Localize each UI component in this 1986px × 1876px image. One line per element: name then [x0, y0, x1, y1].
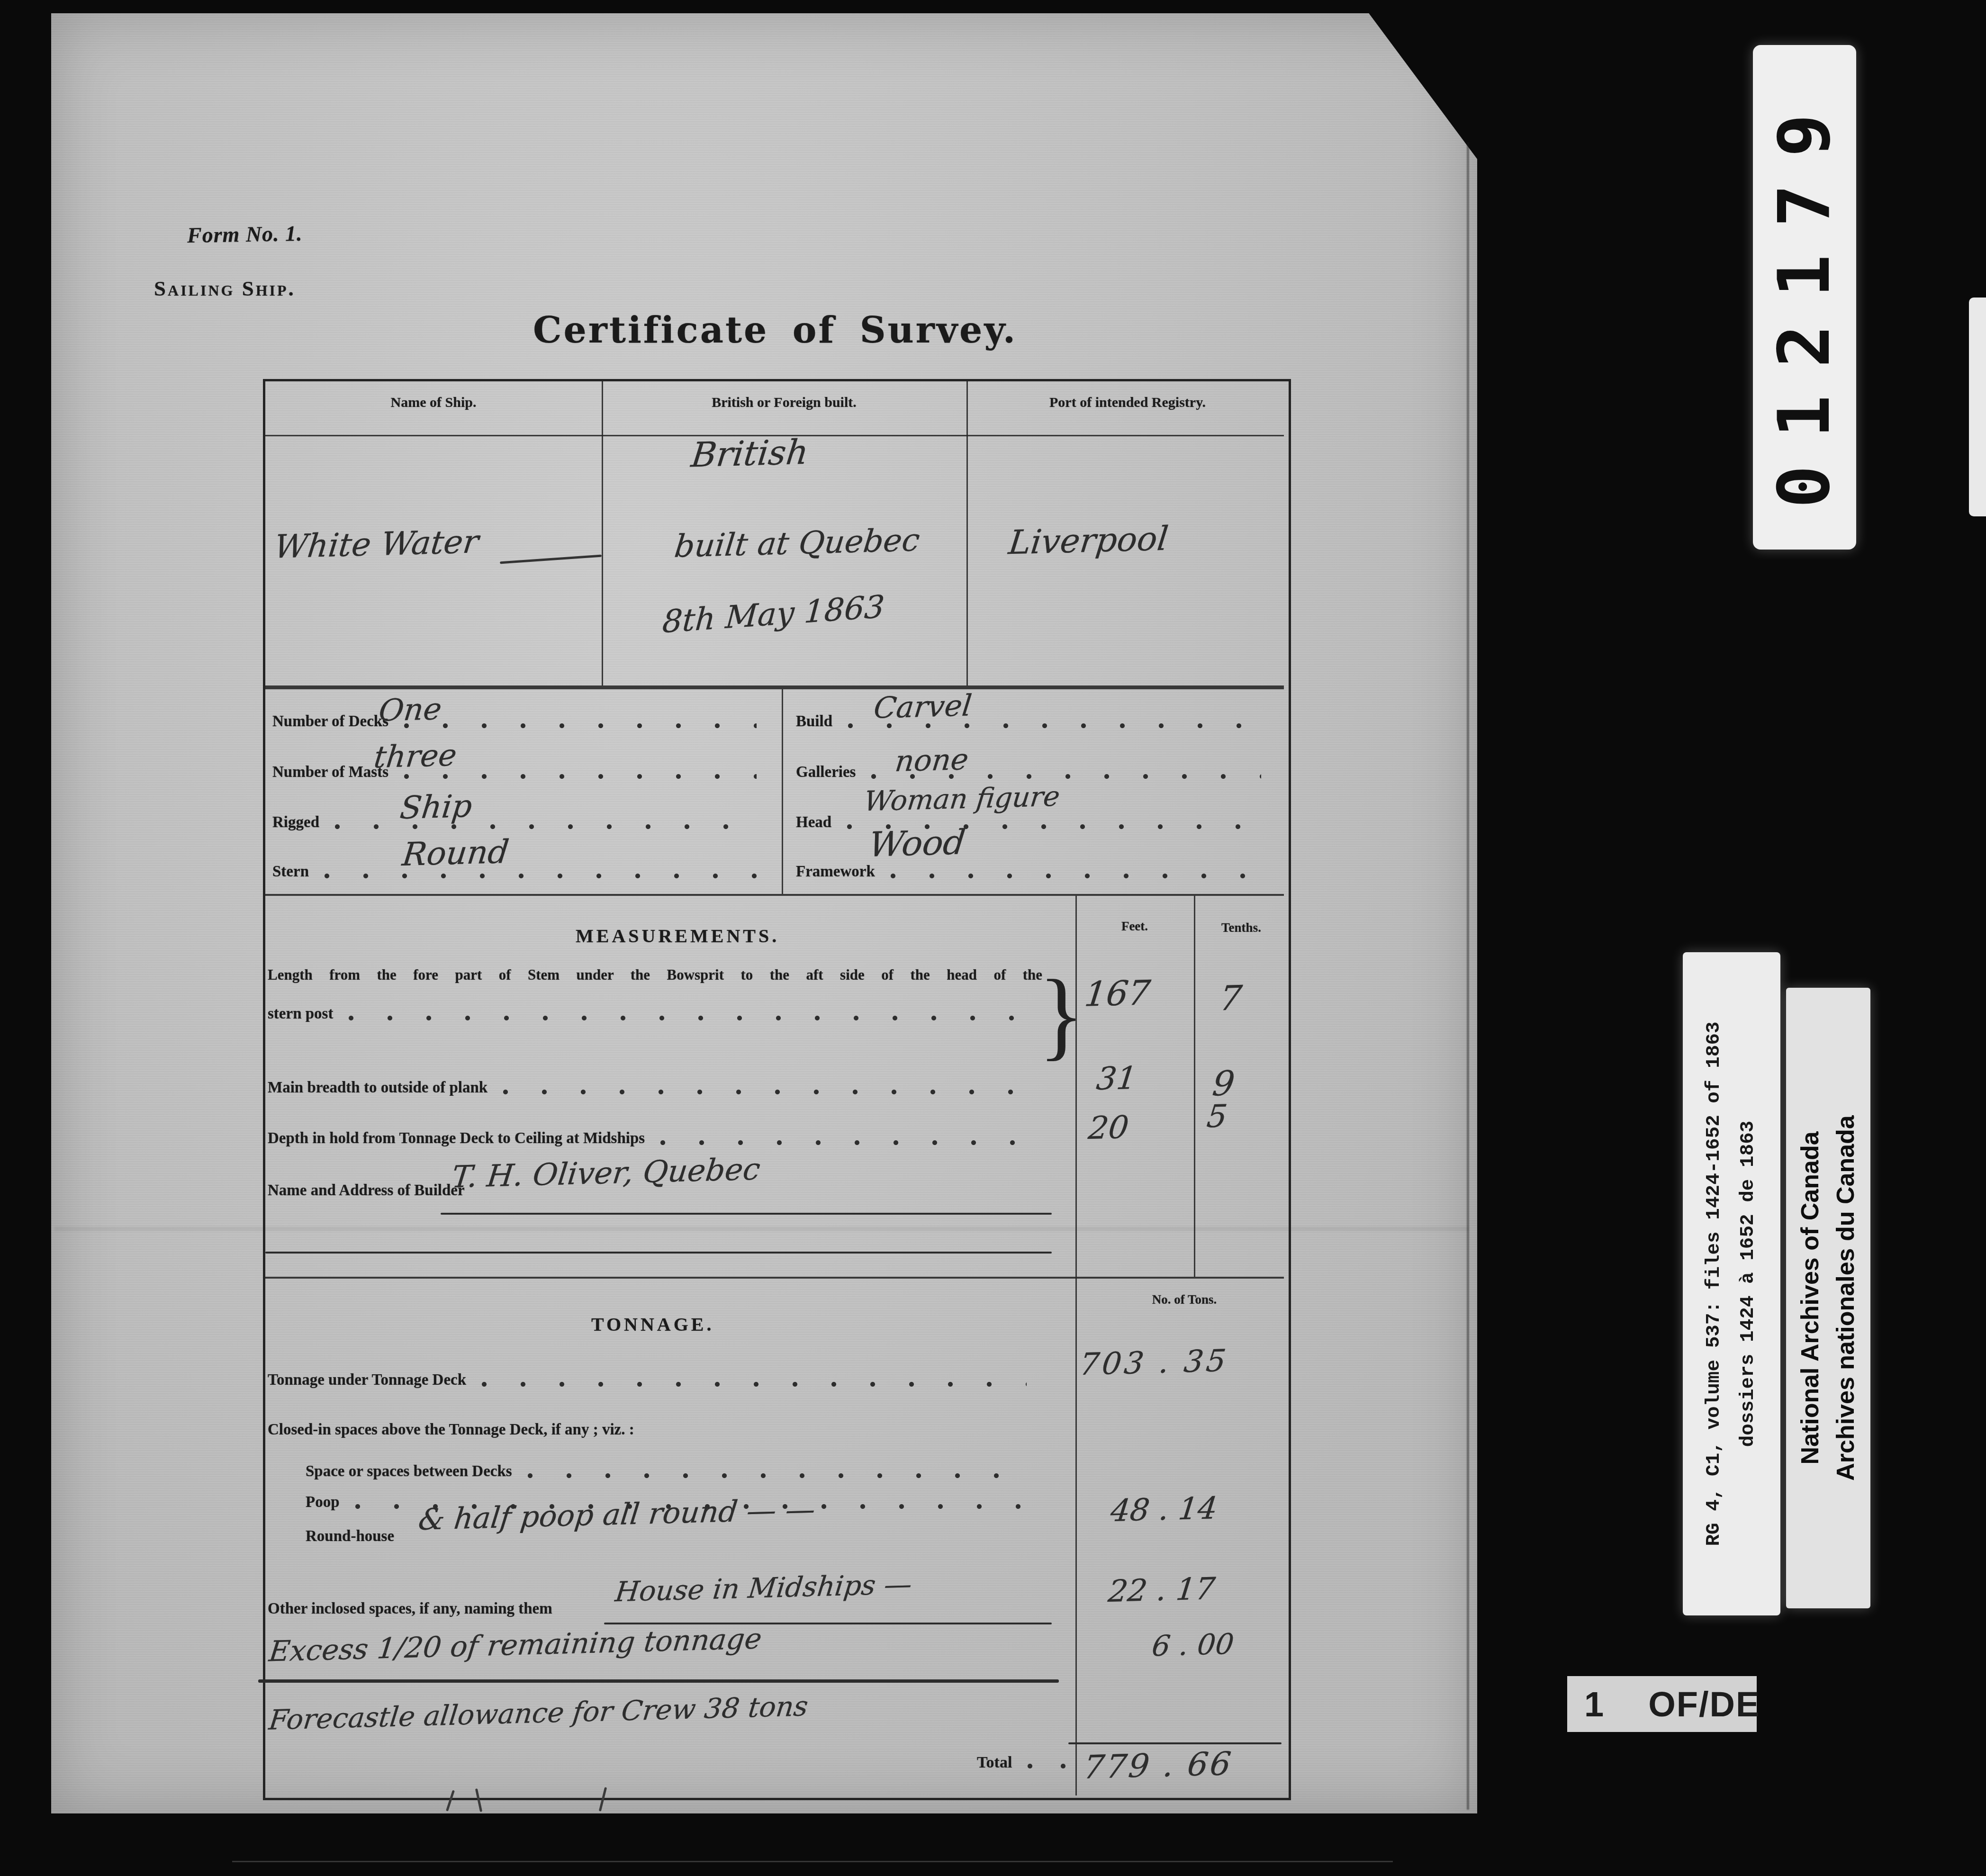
dotted-leader: [890, 873, 1261, 879]
value-length-tenths: 7: [1218, 978, 1244, 1018]
field-label: Number of Decks: [272, 713, 388, 731]
dotted-leader: [348, 1015, 1027, 1021]
microfilm-frame: Form No. 1. Sailing Ship. Certificate of…: [0, 0, 1986, 1876]
blank-rule: [265, 1252, 1052, 1254]
value-stern: Round: [400, 833, 511, 874]
col-header-port: Port of intended Registry.: [966, 395, 1289, 411]
col-header-built: British or Foreign built.: [602, 395, 966, 411]
entry-port-of-registry: Liverpool: [1007, 519, 1170, 562]
dotted-leader: [1027, 1763, 1079, 1769]
value-rigged: Ship: [398, 788, 474, 826]
measure-depth: Depth in hold from Tonnage Deck to Ceili…: [268, 1130, 1040, 1147]
table-line: [782, 689, 783, 894]
round-house-label: Round-house: [306, 1528, 394, 1545]
value-length-feet: 167: [1083, 973, 1152, 1014]
form-type: Sailing Ship.: [154, 276, 296, 301]
field-build: Build: [796, 713, 1274, 731]
value-other-spaces: 22 . 17: [1106, 1571, 1217, 1609]
tonnage-under-deck: Tonnage under Tonnage Deck: [268, 1371, 1040, 1389]
reference-line-fr: dossiers 1424 à 1652 de 1863: [1732, 1121, 1766, 1447]
field-label: Build: [796, 713, 832, 731]
dotted-leader: [660, 1140, 1027, 1145]
brace-glyph: }: [1038, 958, 1084, 1072]
entry-ship-name: White Water: [272, 523, 481, 566]
total-rule: [1068, 1742, 1282, 1744]
table-line: [265, 685, 1284, 689]
archives-name-fr: Archives nationales du Canada: [1828, 1115, 1864, 1481]
reference-line-en: RG 4, C1, volume 537: files 1424-1652 of…: [1697, 1021, 1732, 1546]
field-label: Framework: [796, 863, 875, 881]
value-build: Carvel: [872, 688, 974, 725]
dotted-leader: [527, 1473, 1027, 1479]
value-round-house: 48 . 14: [1109, 1491, 1219, 1529]
col-header-tons: No. of Tons.: [1085, 1292, 1284, 1307]
value-head: Woman figure: [862, 780, 1061, 818]
field-label: Poop: [306, 1494, 340, 1511]
value-total: 779 . 66: [1082, 1745, 1235, 1786]
scan-artifact-line: [232, 1861, 1393, 1862]
archive-reference: RG 4, C1, volume 537: files 1424-1652 of…: [1683, 952, 1780, 1615]
table-line: [265, 894, 1284, 896]
field-label: Rigged: [272, 814, 319, 831]
archives-name-en: National Archives of Canada: [1793, 1131, 1828, 1464]
field-number-of-decks: Number of Decks: [272, 713, 770, 731]
other-spaces-label: Other inclosed spaces, if any, naming th…: [268, 1600, 552, 1618]
value-framework: Wood: [867, 822, 967, 864]
dotted-leader: [324, 873, 757, 879]
value-depth-feet: 20: [1086, 1109, 1130, 1146]
closed-in-label: Closed-in spaces above the Tonnage Deck,…: [268, 1421, 634, 1439]
field-label: Head: [796, 814, 831, 831]
field-label: Tonnage under Tonnage Deck: [268, 1371, 466, 1389]
field-label: Main breadth to outside of plank: [268, 1079, 487, 1097]
dotted-leader: [503, 1089, 1027, 1095]
table-line: [966, 381, 968, 685]
archives-brand: National Archives of Canada Archives nat…: [1786, 988, 1870, 1608]
film-number-digits: 012179: [1763, 87, 1846, 508]
film-number: 012179: [1753, 45, 1856, 550]
field-label: Stern: [272, 863, 309, 881]
builder-label: Name and Address of Builder: [268, 1182, 465, 1200]
field-stern: Stern: [272, 863, 770, 881]
entry-built-place: built at Quebec: [673, 522, 922, 564]
page-title: Certificate of Survey.: [533, 309, 1017, 351]
dotted-leader: [404, 723, 757, 729]
table-line: [1194, 896, 1195, 1277]
field-rigged: Rigged: [272, 814, 770, 831]
field-galleries: Galleries: [796, 764, 1274, 781]
value-breadth-feet: 31: [1094, 1060, 1138, 1097]
excess-rule: [258, 1679, 1059, 1683]
page-of-de: OF/DE: [1648, 1684, 1760, 1724]
value-decks: One: [377, 692, 443, 728]
field-label: stern post: [268, 1005, 333, 1023]
tonnage-title: TONNAGE.: [591, 1313, 714, 1335]
field-label: Depth in hold from Tonnage Deck to Ceili…: [268, 1130, 645, 1147]
total-label: Total: [977, 1754, 1012, 1772]
dotted-leader: [404, 774, 757, 779]
page-count-label: 1 OF/DE: [1567, 1676, 1757, 1732]
value-excess: 6 . 00: [1150, 1628, 1236, 1663]
field-label: Space or spaces between Decks: [306, 1463, 512, 1480]
field-framework: Framework: [796, 863, 1274, 881]
table-line: [265, 1277, 1284, 1279]
dotted-leader: [481, 1381, 1027, 1387]
measure-breadth: Main breadth to outside of plank: [268, 1079, 1040, 1097]
page-number: 1: [1584, 1684, 1605, 1724]
builder-underline: [441, 1213, 1052, 1215]
value-depth-tenths: 5: [1205, 1098, 1229, 1135]
entry-built-nationality: British: [689, 432, 811, 475]
measure-length-line1: Length from the fore part of Stem under …: [268, 966, 1042, 983]
other-spaces-underline: [604, 1623, 1052, 1624]
value-galleries: none: [894, 742, 971, 778]
table-line: [602, 381, 603, 685]
tonnage-between-decks: Space or spaces between Decks: [306, 1463, 1040, 1480]
field-label: Number of Masts: [272, 764, 388, 781]
col-header-feet: Feet.: [1075, 919, 1194, 934]
field-label: Galleries: [796, 764, 856, 781]
field-number-of-masts: Number of Masts: [272, 764, 770, 781]
paper-crease-vertical: [1467, 142, 1469, 1810]
measure-length-line2: stern post: [268, 1005, 1040, 1023]
measurements-title: MEASUREMENTS.: [576, 925, 779, 947]
adjacent-frame-sliver: [1969, 298, 1986, 516]
value-masts: three: [372, 738, 458, 776]
col-header-tenths: Tenths.: [1194, 920, 1289, 935]
col-header-ship-name: Name of Ship.: [265, 395, 602, 411]
form-number: Form No. 1.: [187, 221, 303, 248]
dotted-leader: [334, 824, 757, 830]
value-under-deck: 703 . 35: [1078, 1344, 1230, 1382]
